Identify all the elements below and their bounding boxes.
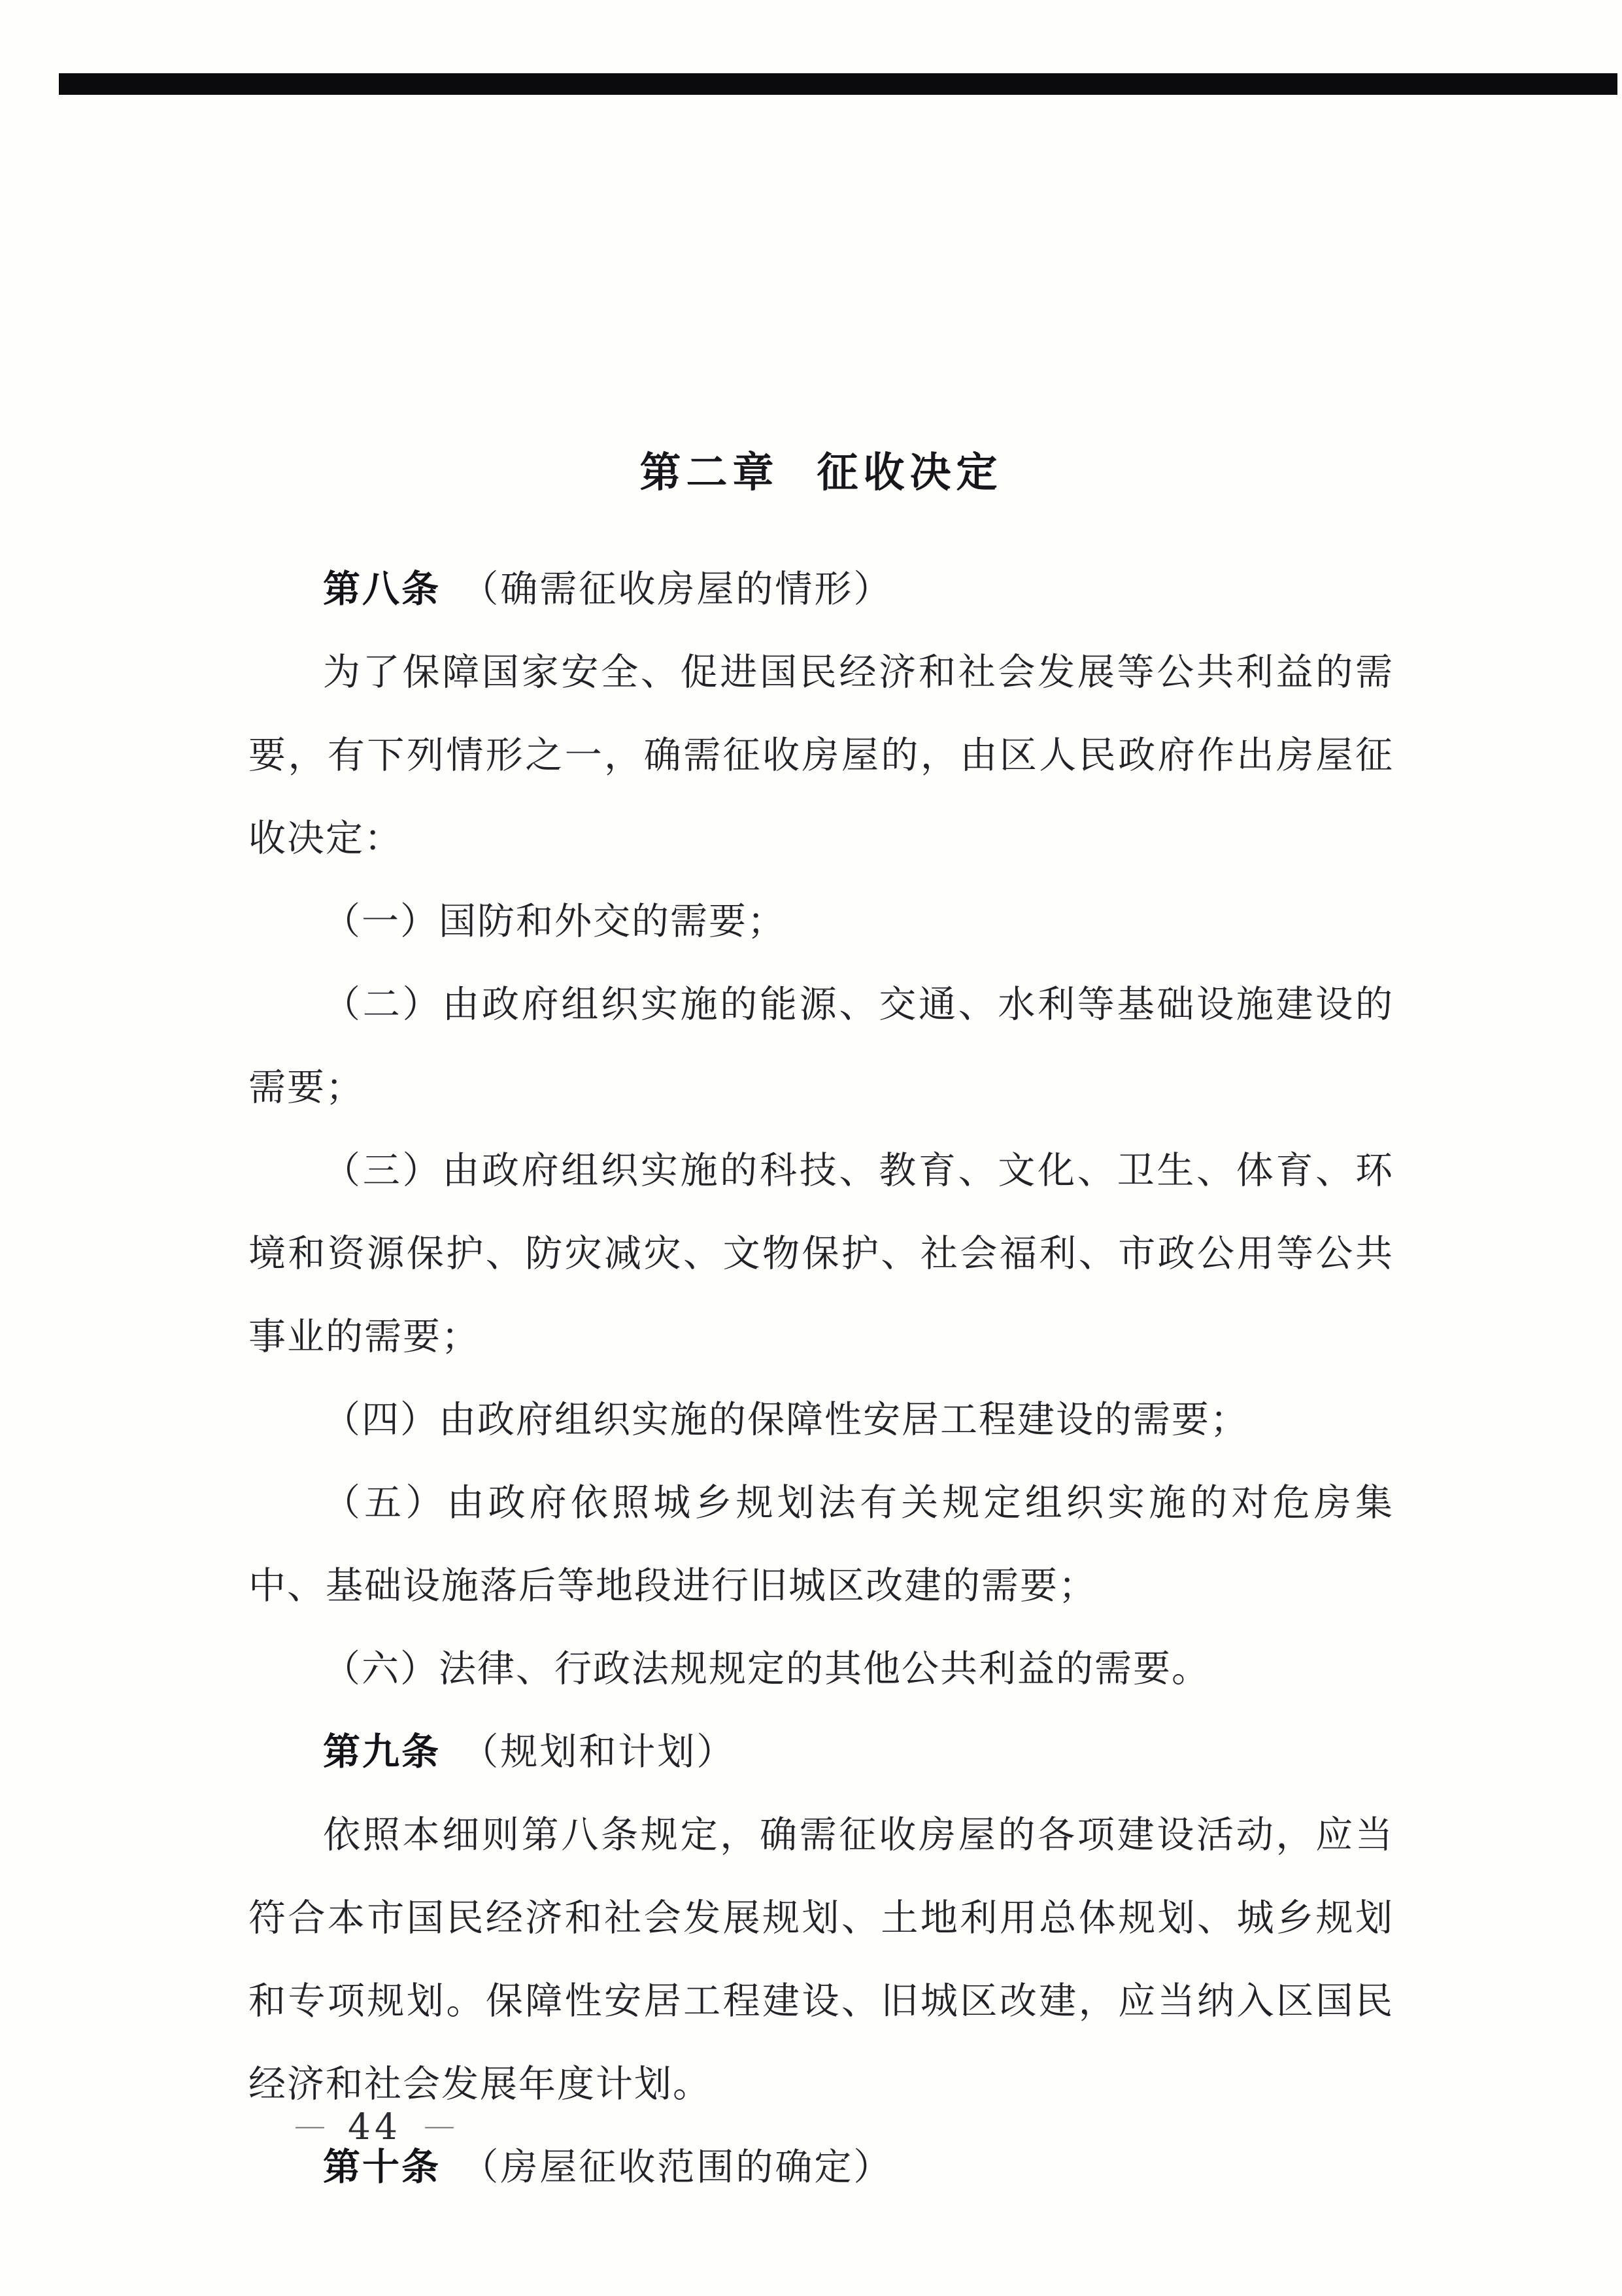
top-rule-bar [59, 73, 1617, 95]
paragraph: 为了保障国家安全、促进国民经济和社会发展等公共利益的需要，有下列情形之一，确需征… [248, 631, 1394, 880]
page-number: 44 [348, 2100, 401, 2153]
article-number: 第八条 [323, 568, 441, 610]
article-note: （规划和计划） [461, 1732, 735, 1773]
paragraph: 依照本细则第八条规定，确需征收房屋的各项建设活动，应当符合本市国民经济和社会发展… [248, 1794, 1394, 2126]
footer-left-dash: — [294, 2111, 326, 2142]
scanned-page: 第二章征收决定 第八条（确需征收房屋的情形）为了保障国家安全、促进国民经济和社会… [0, 0, 1622, 2296]
chapter-title: 征收决定 [817, 450, 1003, 496]
paragraph: （三）由政府组织实施的科技、教育、文化、卫生、体育、环境和资源保护、防灾减灾、文… [248, 1129, 1394, 1379]
article-note: （房屋征收范围的确定） [461, 2147, 892, 2188]
article-heading: 第八条（确需征收房屋的情形） [248, 548, 1394, 631]
paragraph: （一）国防和外交的需要； [248, 880, 1394, 963]
chapter-number: 第二章 [640, 450, 779, 496]
paragraph: （四）由政府组织实施的保障性安居工程建设的需要； [248, 1379, 1394, 1462]
article-number: 第九条 [323, 1731, 441, 1773]
chapter-heading: 第二章征收决定 [248, 439, 1394, 499]
paragraph: （五）由政府依照城乡规划法有关规定组织实施的对危房集中、基础设施落后等地段进行旧… [248, 1462, 1394, 1628]
document-body: 第八条（确需征收房屋的情形）为了保障国家安全、促进国民经济和社会发展等公共利益的… [248, 548, 1394, 2209]
article-heading: 第九条（规划和计划） [248, 1711, 1394, 1794]
article-note: （确需征收房屋的情形） [461, 569, 892, 610]
paragraph: （二）由政府组织实施的能源、交通、水利等基础设施建设的需要； [248, 963, 1394, 1129]
footer-right-dash: — [424, 2111, 455, 2142]
page-footer: — 44 — [294, 2100, 455, 2153]
paragraph: （六）法律、行政法规规定的其他公共利益的需要。 [248, 1628, 1394, 1711]
